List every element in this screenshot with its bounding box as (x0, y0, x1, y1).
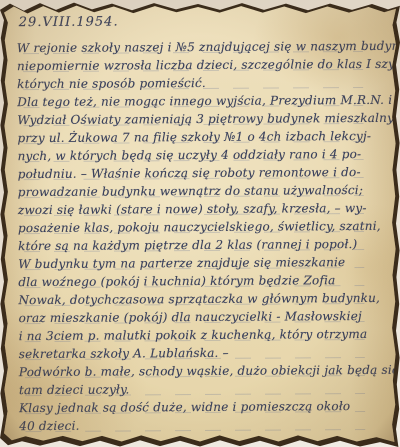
handwriting-line: prowadzanie budynku wewnątrz do stanu uż… (18, 181, 388, 201)
handwriting-line: oraz mieszkanie (pokój) dla nauczycielki… (19, 307, 389, 327)
handwriting-line: Podwórko b. małe, schody wąskie, dużo ob… (19, 361, 389, 381)
handwriting-line: Dla tego też, nie mogąc innego wyjścia, … (17, 91, 387, 111)
handwriting-line: posażenie klas, pokoju nauczycielskiego,… (18, 217, 388, 237)
handwriting-line: Wydział Oświaty zamieniają 3 piętrowy bu… (17, 109, 387, 129)
handwriting-line: południu. – Właśnie kończą się roboty re… (18, 163, 388, 183)
handwriting-line: W budynku tym na parterze znajduje się m… (18, 253, 388, 273)
handwriting-line: które są na każdym piętrze dla 2 klas (r… (18, 235, 388, 255)
handwriting-line: niepomiernie wzrosła liczba dzieci, szcz… (17, 55, 387, 75)
handwriting-line: dla woźnego (pokój i kuchnia) którym będ… (18, 271, 388, 291)
chronicle-page: 29.VIII.1954. W rejonie szkoły naszej i … (0, 0, 400, 447)
handwriting-line: Nowak, dotychczasowa sprzątaczka w główn… (18, 289, 388, 309)
handwriting-line: przy ul. Żukowa 7 na filię szkoły №1 o 4… (17, 127, 387, 147)
handwriting-line: tam dzieci uczyły. (19, 379, 389, 399)
handwriting-block: 29.VIII.1954. W rejonie szkoły naszej i … (17, 10, 390, 443)
handwriting-line: zwozi się ławki (stare i nowe) stoły, sz… (18, 199, 388, 219)
paper-sheet: 29.VIII.1954. W rejonie szkoły naszej i … (4, 3, 396, 442)
handwriting-line: 40 dzieci. (19, 415, 389, 435)
handwriting-line: W rejonie szkoły naszej i №5 znajdującej… (17, 37, 387, 57)
handwriting-line: których nie sposób pomieścić. (17, 73, 387, 93)
date-line: 29.VIII.1954. (19, 12, 387, 32)
handwriting-line: nych, w których będą się uczyły 4 oddzia… (18, 145, 388, 165)
handwriting-line: Klasy jednak są dość duże, widne i pomie… (19, 397, 389, 417)
handwriting-line: i na 3ciem p. malutki pokoik z kuchenką,… (19, 325, 389, 345)
handwriting-line: sekretarka szkoły A. Lublańska. – (19, 343, 389, 363)
